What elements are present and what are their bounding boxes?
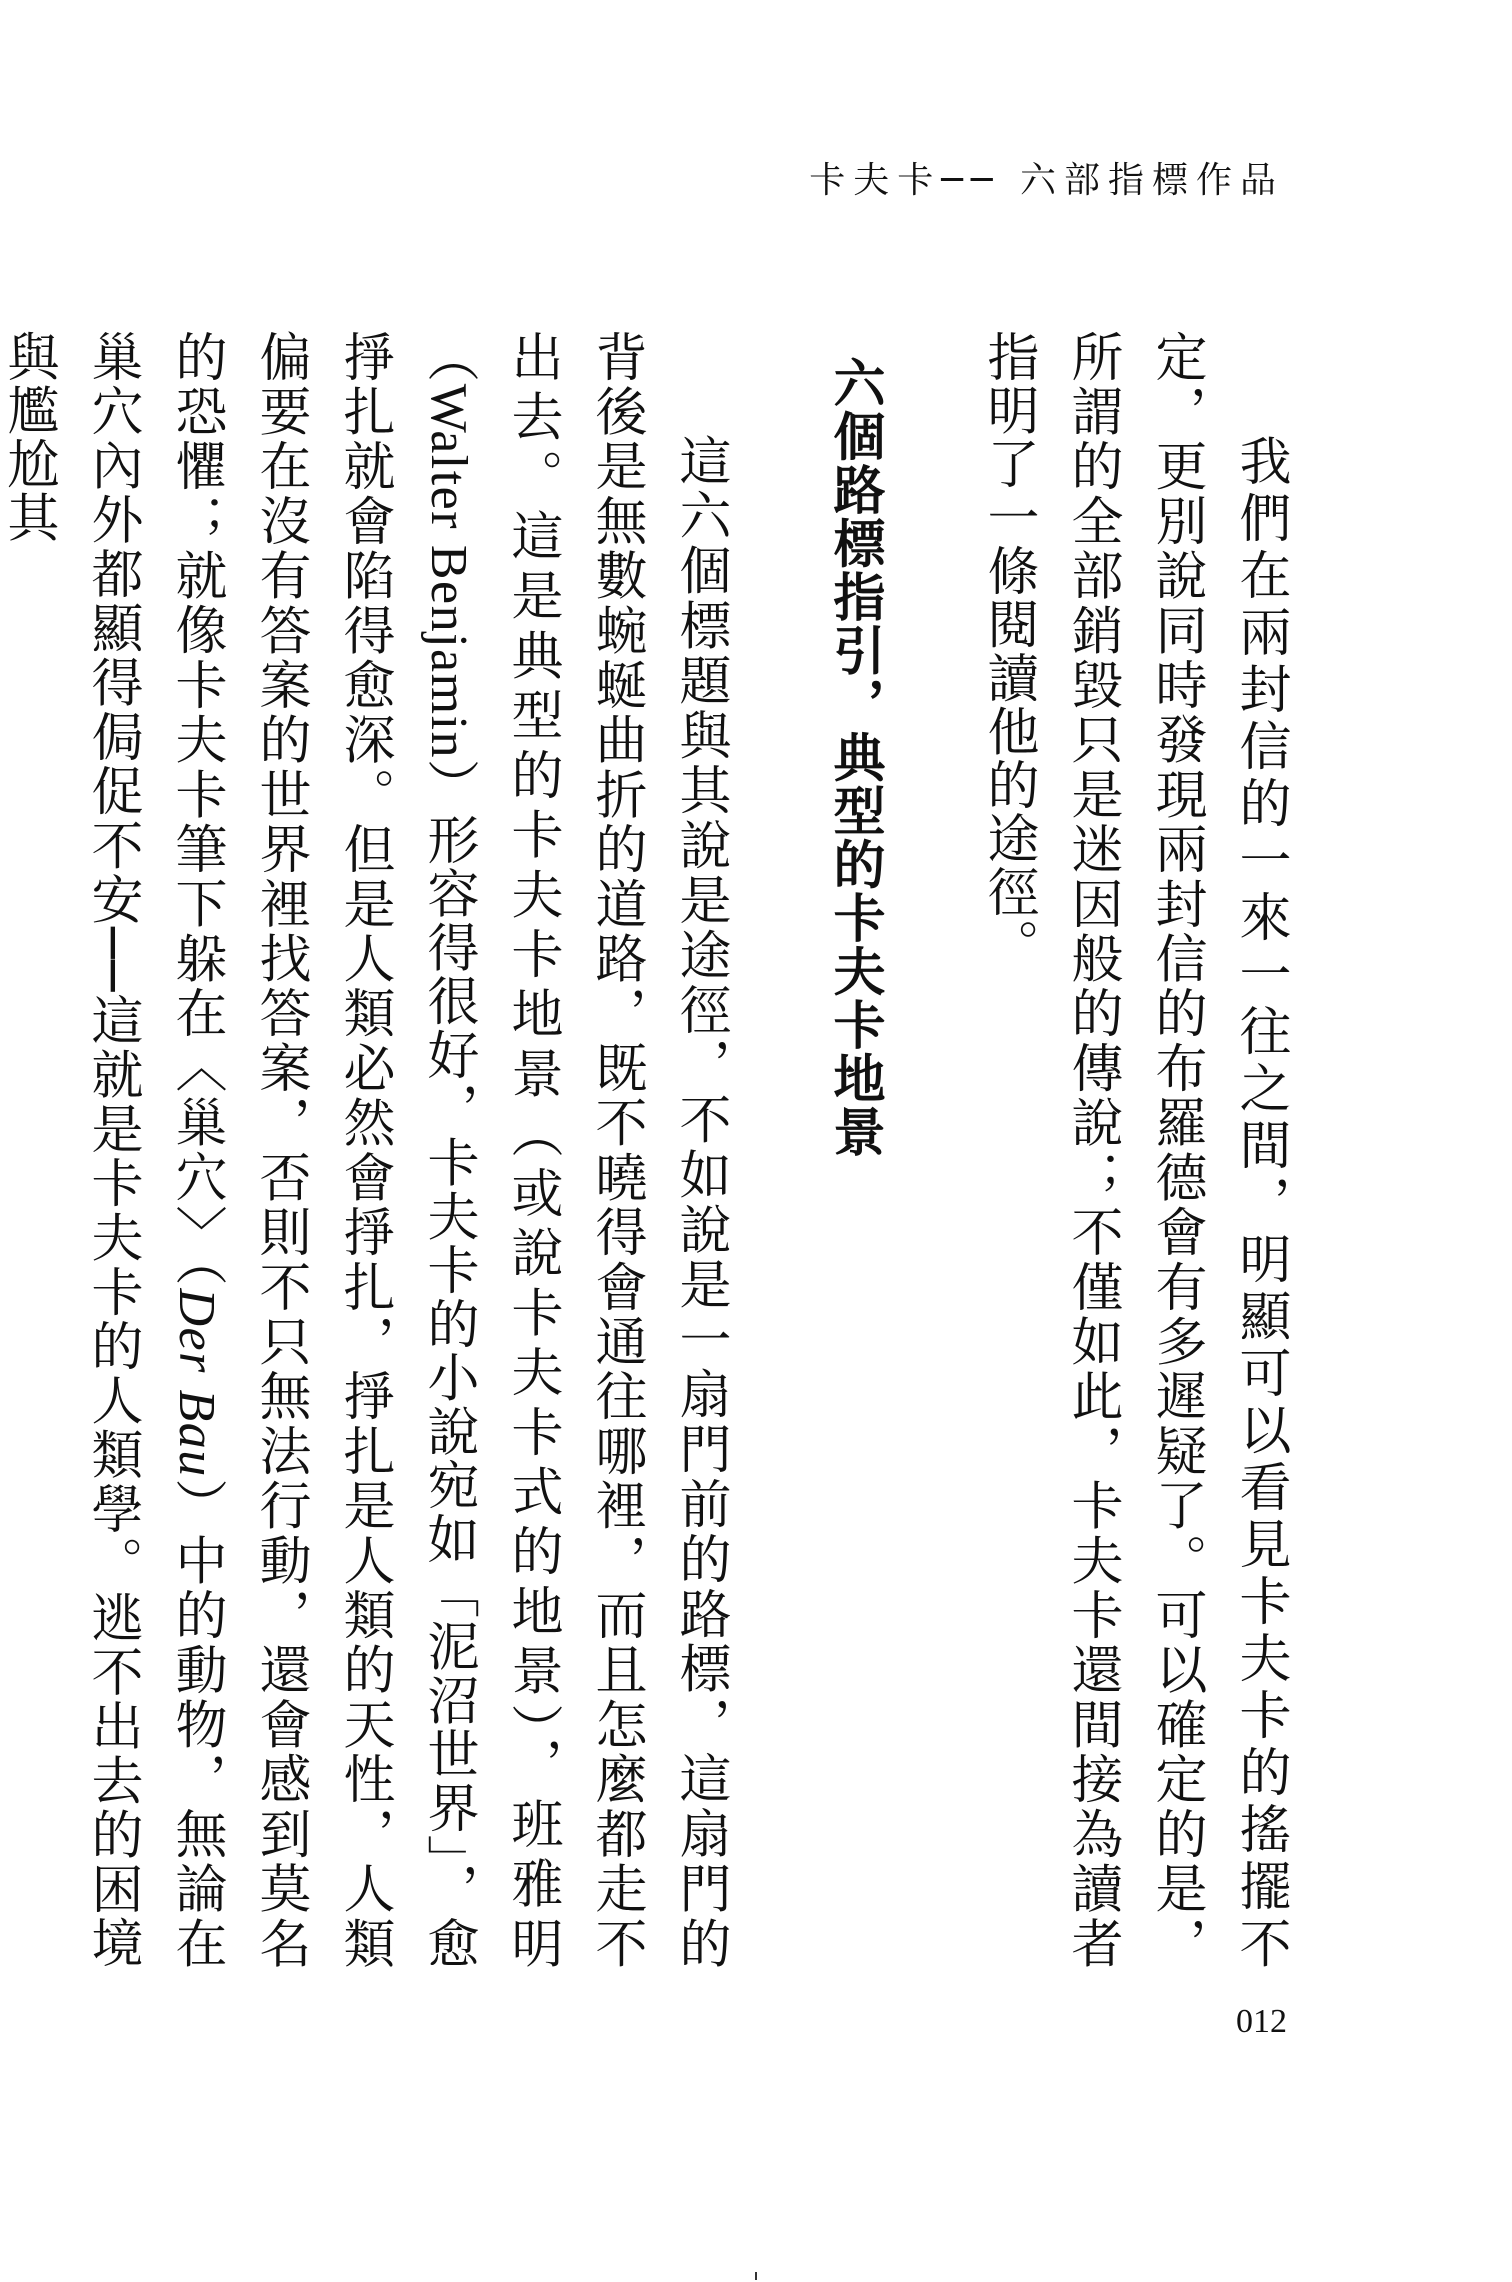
running-header: 卡夫卡── 六部指標作品	[809, 152, 1284, 203]
section-heading: 六個路標指引，典型的卡夫卡地景	[812, 330, 896, 1970]
page-number: 012	[1236, 2003, 1287, 2041]
vertical-text-body: 我們在兩封信的一來一往之間，明顯可以看見卡夫卡的搖擺不定，更別說同時發現兩封信的…	[0, 330, 1302, 1970]
paragraph-letters: 我們在兩封信的一來一往之間，明顯可以看見卡夫卡的搖擺不定，更別說同時發現兩封信的…	[966, 330, 1302, 1970]
latin-name: Walter Benjamin	[420, 384, 477, 759]
crop-mark	[755, 2272, 757, 2280]
latin-title: Der Bau	[168, 1288, 225, 1477]
paragraph-kafka-landscape: 這六個標題與其說是途徑，不如說是一扇門前的路標，這扇門的背後是無數蜿蜒曲折的道路…	[0, 330, 742, 1970]
